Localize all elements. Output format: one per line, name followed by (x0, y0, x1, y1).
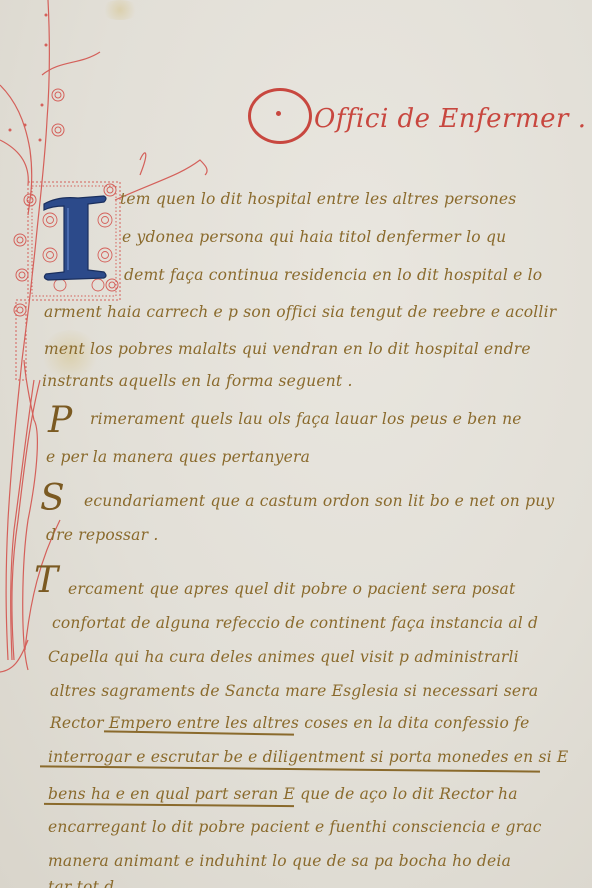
text-line: encarregant lo dit pobre pacient e fuent… (48, 818, 542, 836)
text-line: arment haia carrech e p son offici sia t… (44, 303, 556, 321)
text-line: altres sagraments de Sancta mare Esglesi… (50, 682, 538, 700)
text-line: demt faça continua residencia en lo dit … (124, 266, 542, 284)
text-line: Capella qui ha cura deles animes quel vi… (48, 648, 519, 666)
paragraph-initial-s: S (40, 478, 65, 519)
text-line: manera animant e induhint lo que de sa p… (48, 852, 511, 870)
decorated-initial-i (38, 192, 110, 284)
text-line: e ydonea persona qui haia titol denferme… (122, 228, 506, 246)
text-line: ercament que apres quel dit pobre o paci… (68, 580, 515, 598)
text-line: e per la manera ques pertanyera (46, 448, 310, 466)
heading-text: Offici de Enfermer . (314, 104, 586, 134)
text-line: confortat de alguna refeccio de continen… (52, 614, 538, 632)
text-line: tem quen lo dit hospital entre les altre… (120, 190, 516, 208)
paragraph-initial-t: T (34, 560, 58, 601)
text-line: ecundariament que a castum ordon son lit… (84, 492, 554, 510)
text-line: interrogar e escrutar be e diligentment … (48, 748, 568, 766)
paragraph-initial-p: P (48, 400, 72, 441)
text-line: rimerament quels lau ols faça lauar los … (90, 410, 522, 428)
text-line: bens ha e en qual part seran E que de aç… (48, 785, 518, 803)
text-line: instrants aquells en la forma seguent . (42, 372, 353, 390)
text-line: ment los pobres malalts qui vendran en l… (44, 340, 531, 358)
rubric-initial-o (248, 88, 312, 144)
heading-rubric: Offici de Enfermer . (248, 92, 586, 148)
text-line: dre repossar . (46, 526, 158, 544)
text-line: tar tot d... (48, 878, 130, 888)
text-line: Rector Empero entre les altres coses en … (50, 714, 529, 732)
